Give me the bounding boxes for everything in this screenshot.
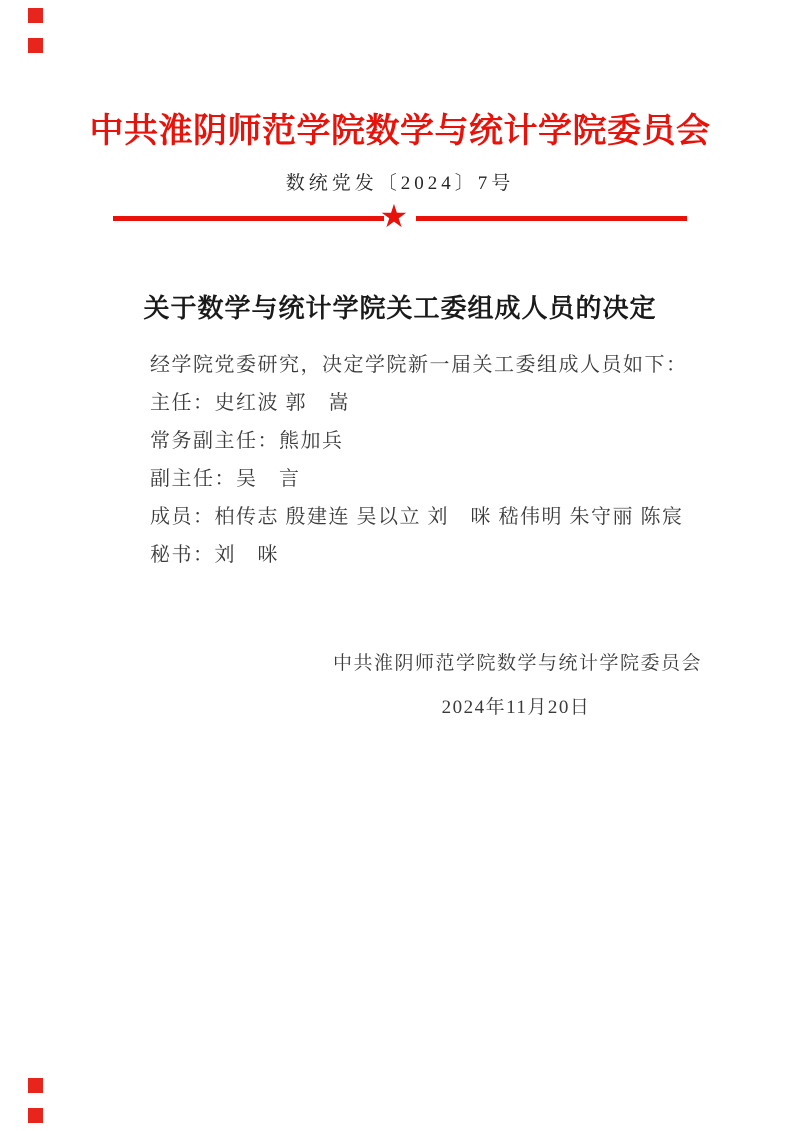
- red-header-divider: ★: [113, 201, 687, 235]
- corner-mark-top-1: [28, 8, 43, 23]
- deputy-director-line: 副主任：吴 言: [150, 460, 730, 498]
- corner-mark-top-2: [28, 38, 43, 53]
- members-line: 成员：柏传志 殷建连 吴以立 刘 咪 嵇伟明 朱守丽 陈宸: [150, 498, 730, 536]
- signature-org: 中共淮阴师范学院数学与统计学院委员会: [333, 652, 699, 676]
- signature-block: 中共淮阴师范学院数学与统计学院委员会 2024年11月20日: [333, 652, 699, 720]
- corner-mark-bottom-1: [28, 1078, 43, 1093]
- corner-mark-bottom-2: [28, 1108, 43, 1123]
- divider-line-left: [113, 216, 384, 221]
- intro-paragraph: 经学院党委研究，决定学院新一届关工委组成人员如下：: [150, 346, 730, 384]
- document-page: 中共淮阴师范学院数学与统计学院委员会 数统党发〔2024〕7号 ★ 关于数学与统…: [0, 0, 800, 1131]
- secretary-line: 秘书：刘 咪: [150, 536, 730, 574]
- letterhead-org-title: 中共淮阴师范学院数学与统计学院委员会: [0, 103, 800, 152]
- document-title: 关于数学与统计学院关工委组成人员的决定: [0, 288, 800, 325]
- director-line: 主任：史红波 郭 嵩: [150, 384, 730, 422]
- document-body: 经学院党委研究，决定学院新一届关工委组成人员如下： 主任：史红波 郭 嵩 常务副…: [150, 346, 730, 574]
- star-icon: ★: [380, 200, 409, 232]
- executive-deputy-director-line: 常务副主任：熊加兵: [150, 422, 730, 460]
- divider-line-right: [416, 216, 687, 221]
- signature-date: 2024年11月20日: [333, 696, 699, 720]
- document-number: 数统党发〔2024〕7号: [0, 168, 800, 195]
